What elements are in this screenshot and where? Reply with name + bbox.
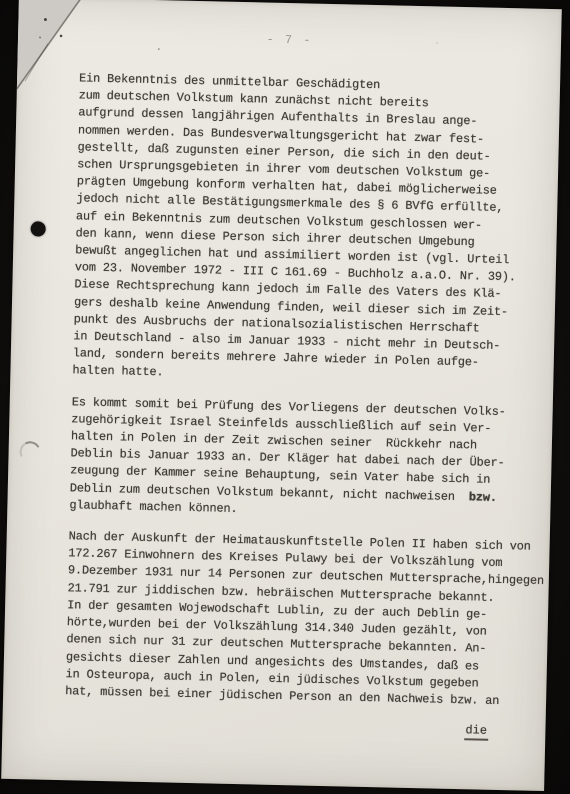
paragraph-3: Nach der Auskunft der Heimatauskunftstel… [65,528,546,711]
paragraph-1: Ein Bekenntnis des unmittelbar Geschädig… [72,70,556,390]
scan-background: - 7 - Ein Bekenntnis des unmittelbar Ges… [0,0,570,794]
paper-speck [158,48,160,50]
catchword: die [464,723,488,741]
hole-punch-icon [31,221,46,236]
document-page: - 7 - Ein Bekenntnis des unmittelbar Ges… [1,0,562,791]
text-block: Ein Bekenntnis des unmittelbar Geschädig… [65,70,556,725]
paragraph-2: Es kommt somit bei Prüfung des Vorliegen… [69,394,549,525]
page-number: - 7 - [18,27,561,53]
hole-punch-ring-icon [17,439,43,465]
